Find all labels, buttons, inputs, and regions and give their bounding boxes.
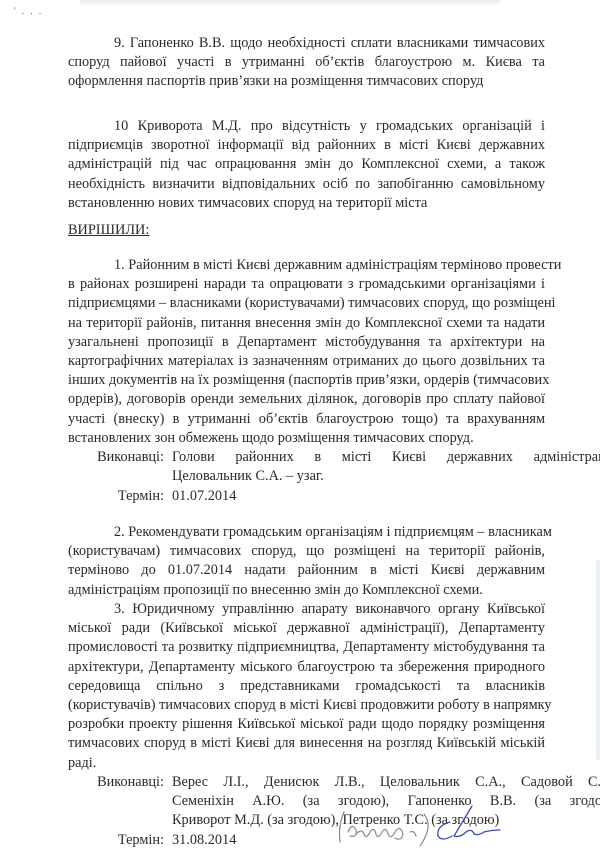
executors-label: Виконавці: — [88, 448, 164, 467]
decided-heading: ВИРІШИЛИ: — [68, 222, 149, 239]
text-line: підприємцями – власниками (користувачами… — [68, 294, 545, 313]
scan-shadow — [80, 0, 500, 6]
agenda-item-9: 9. Гапоненко В.В. щодо необхідності спла… — [68, 34, 545, 92]
text-line: 1. Районним в місті Києві державним адмі… — [68, 256, 545, 275]
text-line: (користувачам) тимчасових споруд, що роз… — [68, 542, 545, 561]
text-line: інших документів на їх розміщення (паспо… — [68, 371, 545, 390]
text-line: споруд пайової участі в утриманні об’єкт… — [68, 53, 545, 72]
decision-3: 3. Юридичному управлінню апарату виконав… — [68, 600, 545, 773]
text-line: необхідність визначити відповідальних ос… — [68, 175, 545, 194]
text-line: адміністрацій під час опрацювання змін д… — [68, 155, 545, 174]
text-line: 9. Гапоненко В.В. щодо необхідності спла… — [68, 34, 545, 53]
corner-mark: ' . . . — [14, 6, 43, 16]
decision-2: 2. Рекомендувати громадським організація… — [68, 523, 545, 600]
deadline-value: 01.07.2014 — [172, 487, 236, 506]
text-line: міської ради (Київської міської державно… — [68, 619, 545, 638]
text-line: (користувачів) тимчасових споруд в місті… — [68, 696, 545, 715]
text-line: встановлених зон обмежень щодо розміщенн… — [68, 429, 545, 448]
executor-line: Голови районних в місті Києві державних … — [172, 448, 600, 467]
text-line: 3. Юридичному управлінню апарату виконав… — [68, 600, 545, 619]
text-line: картографічних матеріалах із зазначенням… — [68, 352, 545, 371]
text-line: в районах розширені наради та опрацювати… — [68, 275, 545, 294]
text-line: ордерів), договорів оренди земельних діл… — [68, 390, 545, 409]
text-line: адміністраціям пропозиції по внесенню зм… — [68, 581, 545, 600]
signature-name-icon — [340, 812, 429, 846]
text-line: 10 Криворота М.Д. про відсутність у гром… — [68, 117, 545, 136]
text-line: раді. — [68, 754, 545, 773]
text-line: участі (внеску) в утриманні об’єктів бла… — [68, 410, 545, 429]
text-line: встановленню нових тимчасових споруд на … — [68, 194, 545, 213]
deadline-label: Термін: — [88, 487, 164, 506]
agenda-item-10: 10 Криворота М.Д. про відсутність у гром… — [68, 117, 545, 213]
executor-line: Целовальник С.А. – узаг. — [172, 467, 600, 486]
text-line: архітектури, Департаменту міського благо… — [68, 658, 545, 677]
text-line: на території районів, питання внесення з… — [68, 314, 545, 333]
text-line: середовища спільно з представниками гром… — [68, 677, 545, 696]
text-line: оформлення паспортів прив’язки на розміщ… — [68, 72, 545, 91]
decision-1: 1. Районним в місті Києві державним адмі… — [68, 256, 545, 448]
scan-edge — [596, 560, 600, 760]
document-page: ' . . . 9. Гапоненко В.В. щодо необхідно… — [0, 0, 600, 851]
text-line: розробки проекту рішення Київської міськ… — [68, 715, 545, 734]
deadline-value: 31.08.2014 — [172, 831, 236, 850]
executor-line: Верес Л.І., Денисюк Л.В., Целовальник С.… — [172, 773, 600, 792]
text-line: 2. Рекомендувати громадським організація… — [68, 523, 545, 542]
signature-mark-icon — [438, 806, 500, 839]
text-line: тимчасових споруд в місті Києві для вине… — [68, 734, 545, 753]
executors-list: Голови районних в місті Києві державних … — [172, 448, 600, 486]
deadline-label: Термін: — [88, 831, 164, 850]
text-line: підприємців зворотної інформації від рай… — [68, 136, 545, 155]
text-line: узагальнені пропозиції в Департамент міс… — [68, 333, 545, 352]
text-line: терміново до 01.07.2014 надати районним … — [68, 561, 545, 580]
text-line: промисловості та розвитку підприємництва… — [68, 638, 545, 657]
executors-label: Виконавці: — [88, 773, 164, 792]
handwritten-signature — [330, 802, 530, 850]
